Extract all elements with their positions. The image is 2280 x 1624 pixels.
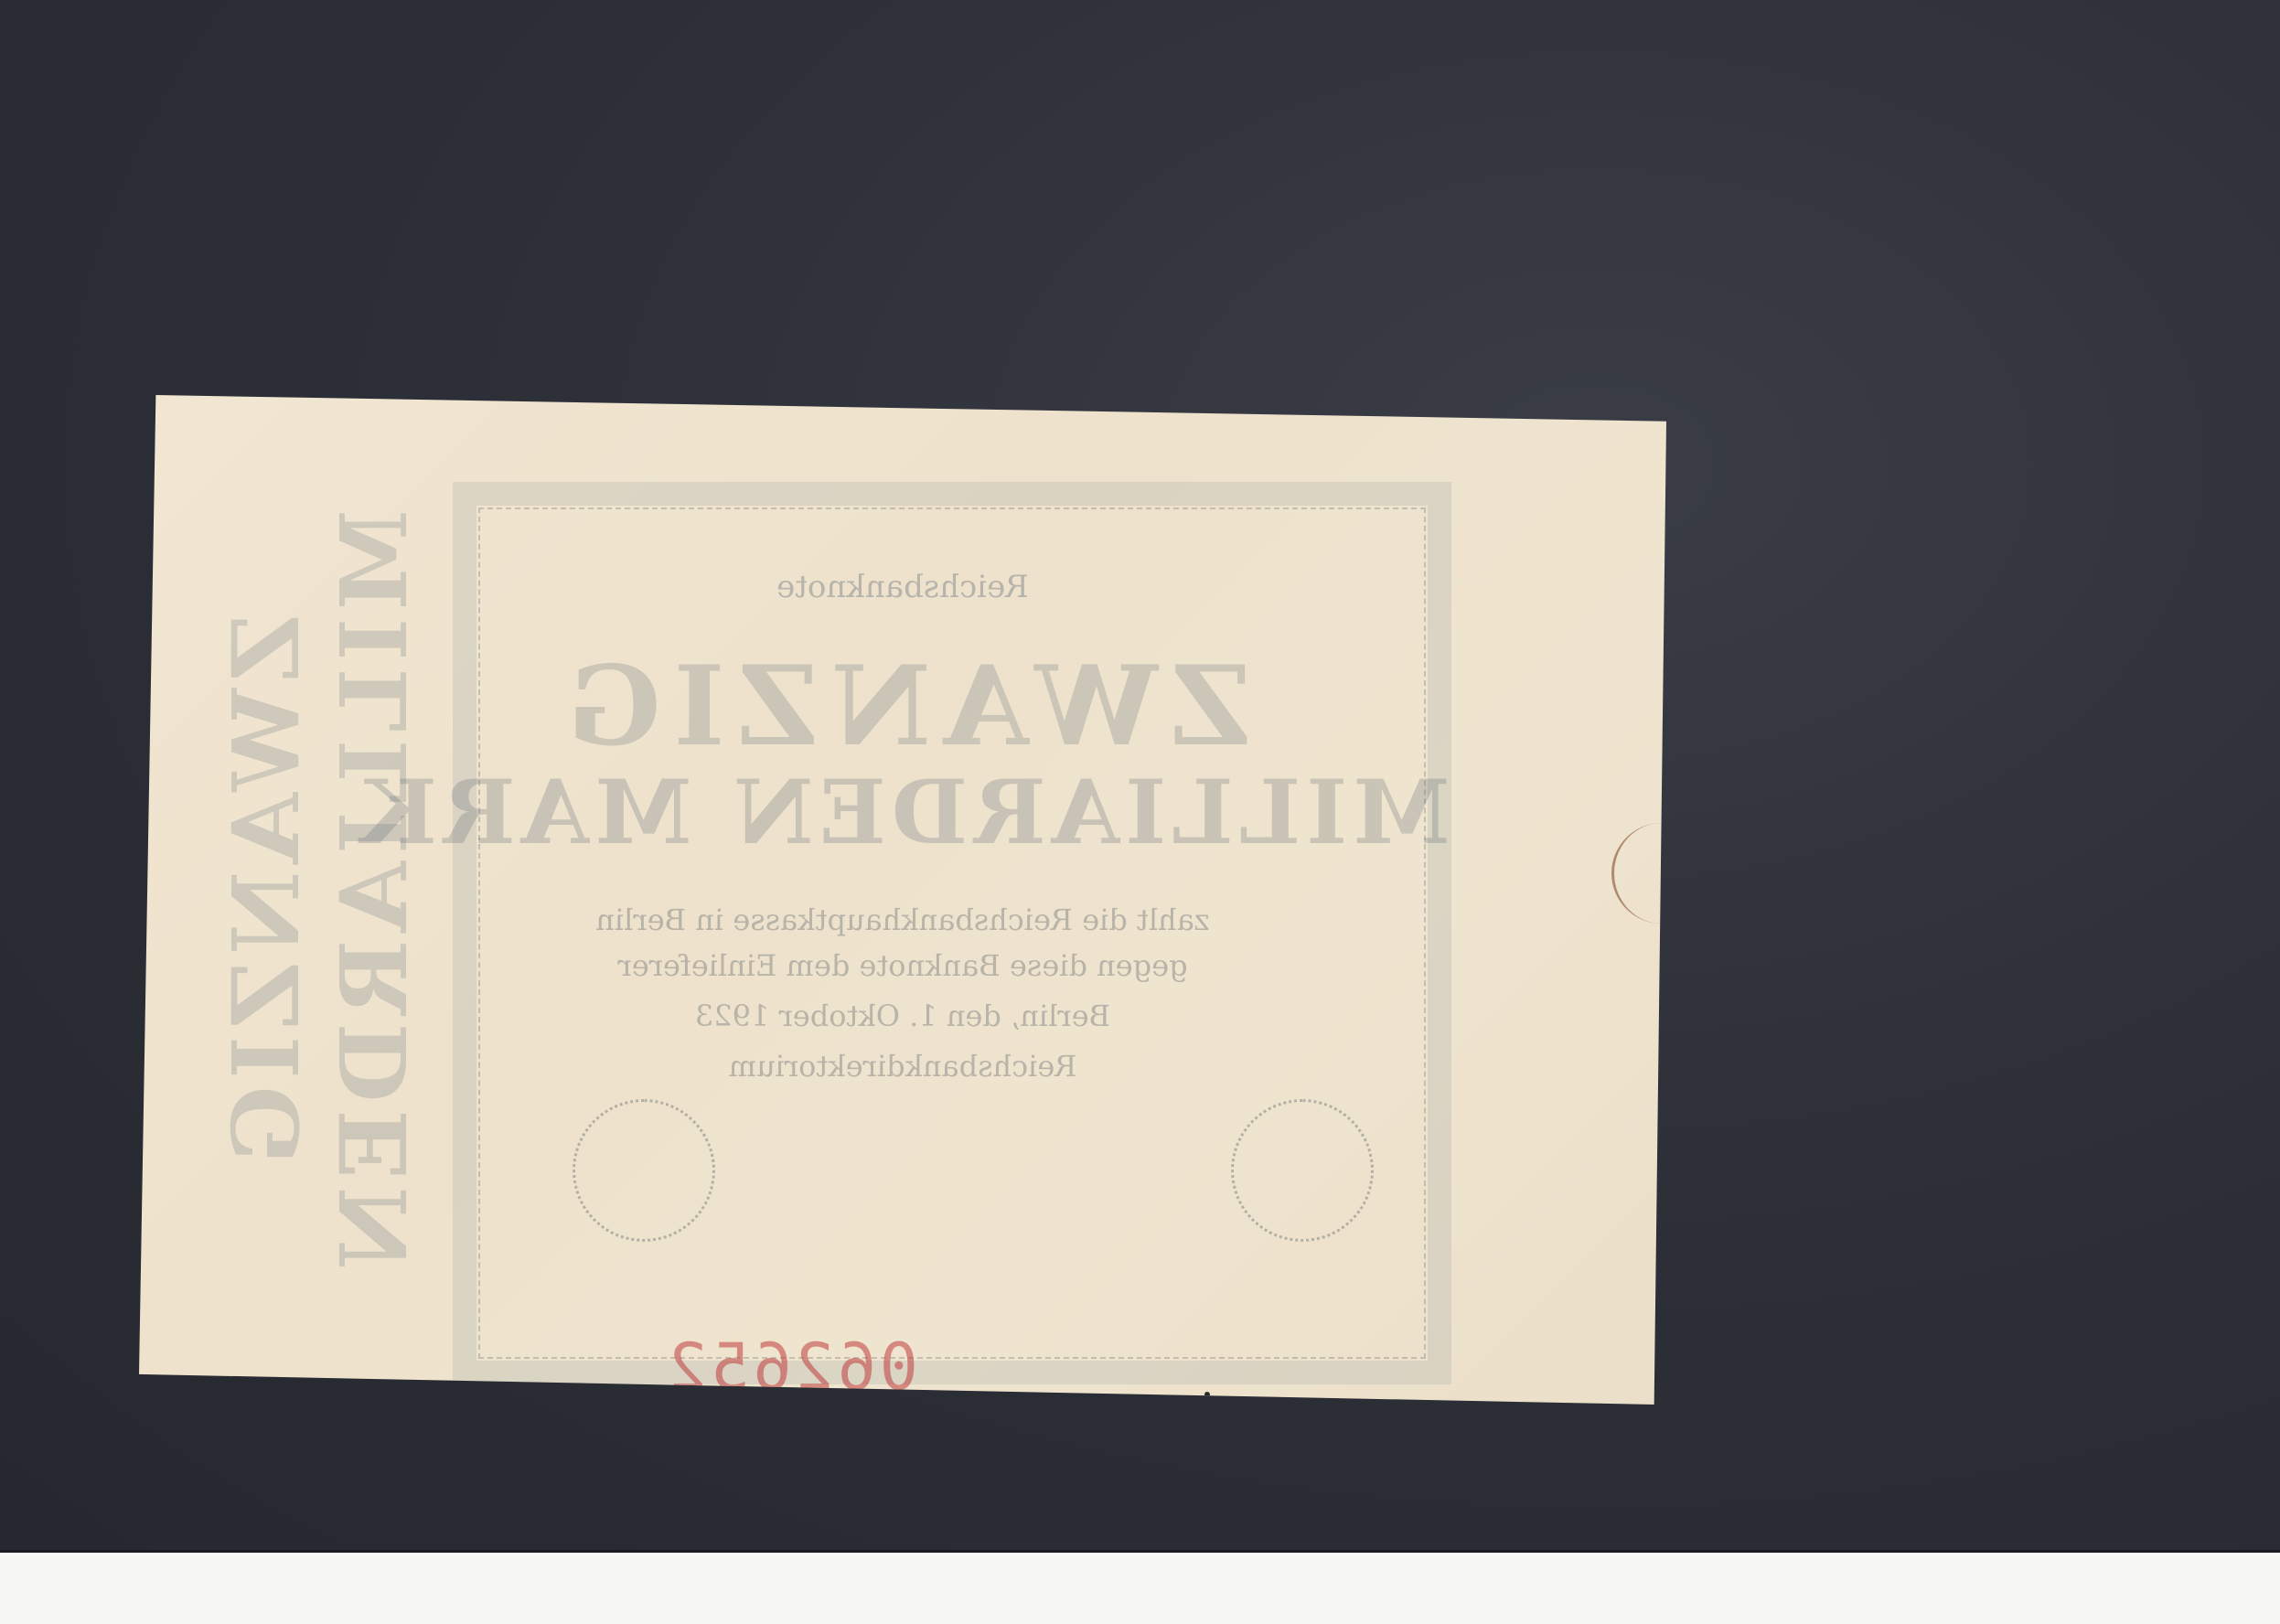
vertical-denomination-text: ZWANZIG MILLIARDEN [212, 432, 322, 1355]
show-through-print: Reichsbanknote ZWANZIG MILLIARDEN MARK z… [139, 395, 1666, 1405]
seal-icon [573, 1099, 715, 1242]
scanner-white-margin [0, 1553, 2280, 1624]
seal-icon [1231, 1099, 1374, 1242]
banknote: Reichsbanknote ZWANZIG MILLIARDEN MARK z… [139, 395, 1666, 1405]
